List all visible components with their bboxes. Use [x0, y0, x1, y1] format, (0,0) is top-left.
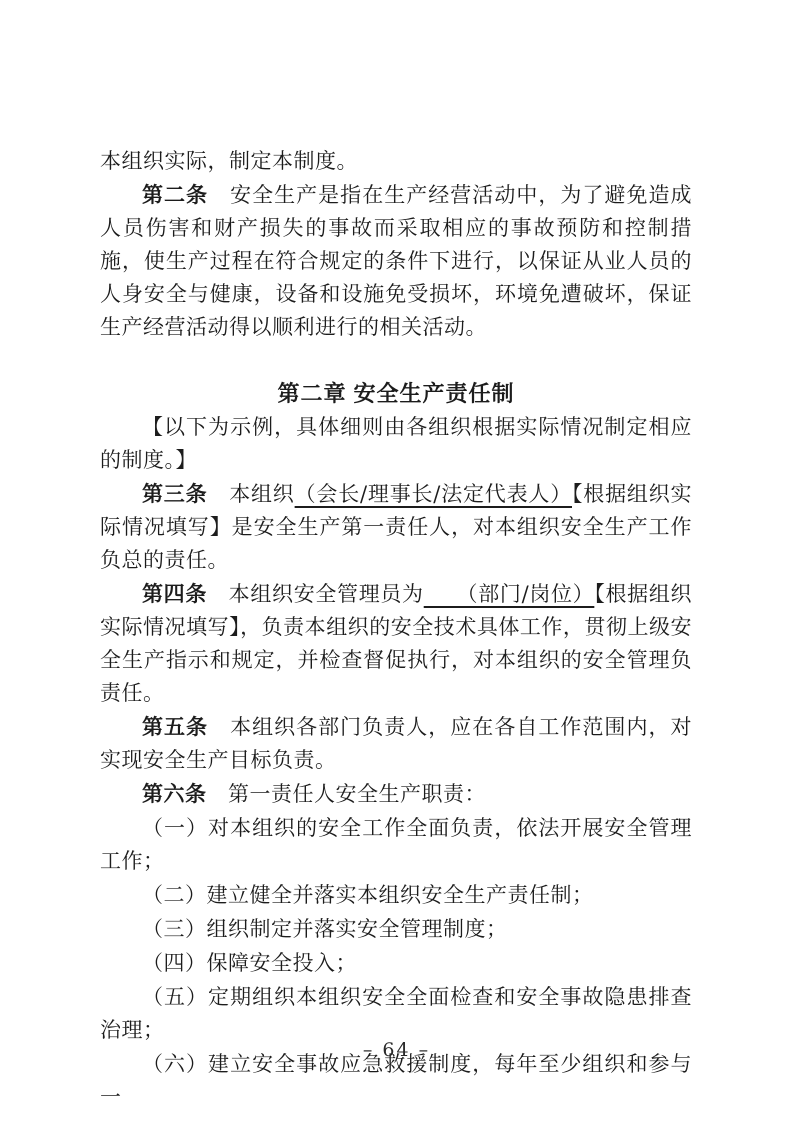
- text-run: 本组织: [207, 482, 294, 506]
- list-item: （一）对本组织的安全工作全面负责，依法开展安全管理工作；: [100, 812, 692, 878]
- paragraph: 第二条 安全生产是指在生产经营活动中，为了避免造成人员伤害和财产损失的事故而采取…: [100, 178, 692, 344]
- list-item: （三）组织制定并落实安全管理制度；: [100, 913, 692, 946]
- article-label: 第二条: [142, 182, 208, 207]
- paragraph: 【以下为示例，具体细则由各组织根据实际情况制定相应的制度。】: [100, 411, 692, 477]
- text-run: 本组织安全管理员为: [207, 582, 424, 606]
- document-page: 本组织实际，制定本制度。第二条 安全生产是指在生产经营活动中，为了避免造成人员伤…: [0, 0, 793, 1122]
- text-run: 本组织实际，制定本制度。: [100, 149, 358, 173]
- text-run: （三）组织制定并落实安全管理制度；: [142, 917, 508, 941]
- page-number: – 64 –: [0, 1038, 793, 1062]
- fill-in-blank: （会长/理事长/法定代表人）: [295, 482, 572, 506]
- fill-in-blank: （部门/岗位）: [424, 582, 595, 606]
- text-run: （二）建立健全并落实本组织安全生产责任制；: [142, 883, 594, 907]
- paragraph: 第三条 本组织（会长/理事长/法定代表人）【根据组织实际情况填写】是安全生产第一…: [100, 477, 692, 577]
- paragraph: 第四条 本组织安全管理员为 （部门/岗位）【根据组织实际情况填写】，负责本组织的…: [100, 577, 692, 710]
- text-run: 第一责任人安全生产职责：: [207, 782, 487, 806]
- text-run: （五）定期组织本组织安全全面检查和安全事故隐患排查治理；: [100, 985, 692, 1042]
- article-label: 第六条: [142, 781, 207, 806]
- article-label: 第五条: [142, 714, 208, 739]
- document-body: 本组织实际，制定本制度。第二条 安全生产是指在生产经营活动中，为了避免造成人员伤…: [100, 145, 692, 1115]
- list-item: （二）建立健全并落实本组织安全生产责任制；: [100, 879, 692, 912]
- article-label: 第四条: [142, 581, 207, 606]
- text-run: （四）保障安全投入；: [142, 951, 357, 975]
- paragraph: 第五条 本组织各部门负责人，应在各自工作范围内，对实现安全生产目标负责。: [100, 710, 692, 777]
- paragraph: 本组织实际，制定本制度。: [100, 145, 692, 178]
- text-run: 【以下为示例，具体细则由各组织根据实际情况制定相应的制度。】: [100, 415, 692, 472]
- chapter-heading: 第二章 安全生产责任制: [100, 376, 692, 411]
- text-run: （一）对本组织的安全工作全面负责，依法开展安全管理工作；: [100, 816, 692, 873]
- article-label: 第二章 安全生产责任制: [277, 381, 514, 406]
- list-item: （四）保障安全投入；: [100, 947, 692, 980]
- paragraph: 第六条 第一责任人安全生产职责：: [100, 777, 692, 811]
- article-label: 第三条: [142, 481, 207, 506]
